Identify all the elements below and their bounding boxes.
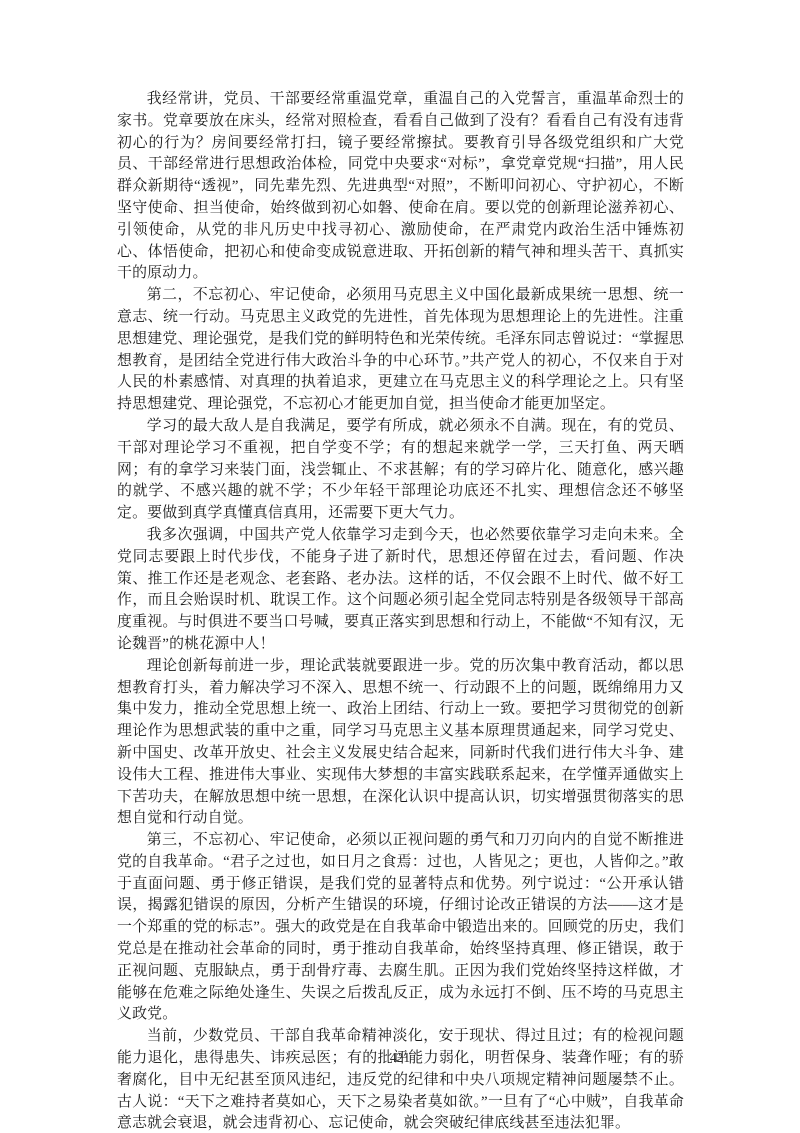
document-page: 我经常讲，党员、干部要经常重温党章，重温自己的入党誓言，重温革命烈士的家书。党章… <box>0 0 800 1133</box>
text-block: 我经常讲，党员、干部要经常重温党章，重温自己的入党誓言，重温革命烈士的家书。党章… <box>117 89 684 1133</box>
paragraph-4: 我多次强调，中国共产党人依靠学习走到今天，也必然要依靠学习走向未来。全党同志要跟… <box>117 525 684 656</box>
paragraph-1: 我经常讲，党员、干部要经常重温党章，重温自己的入党誓言，重温革命烈士的家书。党章… <box>117 89 684 285</box>
paragraph-3: 学习的最大敌人是自我满足，要学有所成，就必须永不自满。现在，有的党员、干部对理论… <box>117 416 684 525</box>
page-number: 421 <box>0 1050 800 1066</box>
paragraph-2: 第二，不忘初心、牢记使命，必须用马克思主义中国化最新成果统一思想、统一意志、统一… <box>117 285 684 416</box>
paragraph-6: 第三，不忘初心、牢记使命，必须以正视问题的勇气和刀刃向内的自觉不断推进党的自我革… <box>117 830 684 1026</box>
paragraph-7: 当前，少数党员、干部自我革命精神淡化，安于现状、得过且过；有的检视问题能力退化，… <box>117 1026 684 1133</box>
paragraph-5: 理论创新每前进一步，理论武装就要跟进一步。党的历次集中教育活动，都以思想教育打头… <box>117 656 684 830</box>
